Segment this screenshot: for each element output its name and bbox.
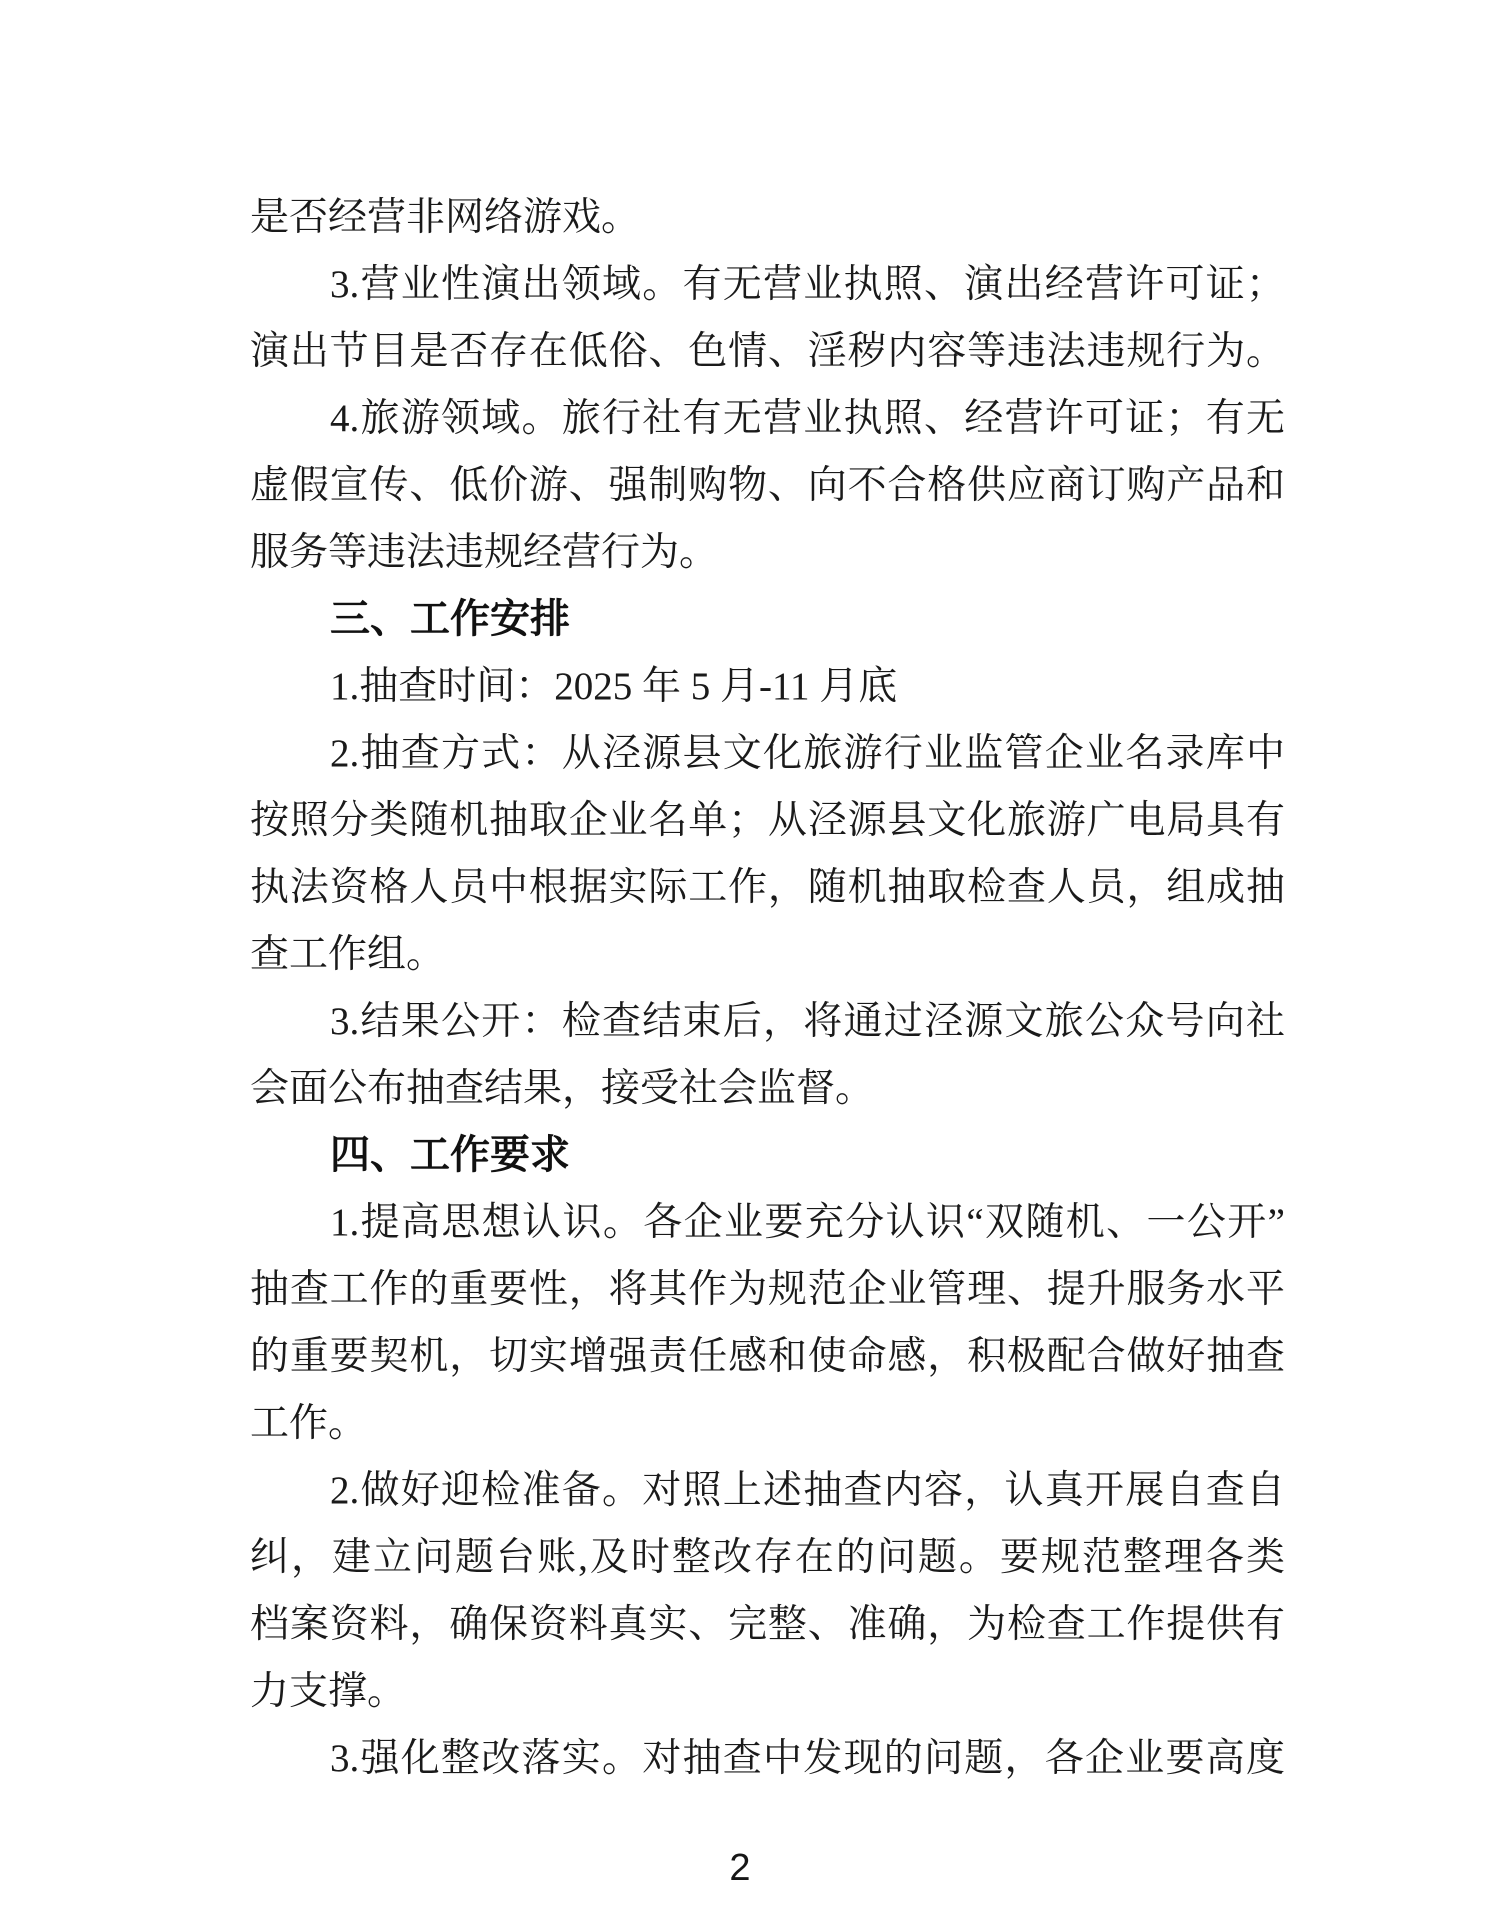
document-line: 演出节目是否存在低俗、色情、淫秽内容等违法违规行为。	[250, 318, 1285, 385]
document-line: 1.提高思想认识。各企业要充分认识“双随机、一公开”	[250, 1189, 1285, 1256]
document-line: 纠，建立问题台账,及时整改存在的问题。要规范整理各类	[250, 1524, 1285, 1591]
document-line: 3.结果公开：检查结束后，将通过泾源文旅公众号向社	[250, 988, 1285, 1055]
document-line: 抽查工作的重要性，将其作为规范企业管理、提升服务水平	[250, 1256, 1285, 1323]
document-line: 3.强化整改落实。对抽查中发现的问题，各企业要高度	[250, 1725, 1285, 1792]
section-heading: 三、工作安排	[250, 586, 1285, 653]
document-line: 虚假宣传、低价游、强制购物、向不合格供应商订购产品和	[250, 452, 1285, 519]
page-number: 2	[0, 1842, 1480, 1894]
document-line: 执法资格人员中根据实际工作，随机抽取检查人员，组成抽	[250, 854, 1285, 921]
document-line: 3.营业性演出领域。有无营业执照、演出经营许可证；	[250, 251, 1285, 318]
document-line: 2.做好迎检准备。对照上述抽查内容，认真开展自查自	[250, 1457, 1285, 1524]
document-line: 工作。	[250, 1390, 1285, 1457]
section-heading: 四、工作要求	[250, 1122, 1285, 1189]
document-line: 会面公布抽查结果，接受社会监督。	[250, 1055, 1285, 1122]
document-line: 查工作组。	[250, 921, 1285, 988]
document-line: 2.抽查方式：从泾源县文化旅游行业监管企业名录库中	[250, 720, 1285, 787]
document-line: 4.旅游领域。旅行社有无营业执照、经营许可证；有无	[250, 385, 1285, 452]
document-line: 力支撑。	[250, 1658, 1285, 1725]
text-block: 是否经营非网络游戏。3.营业性演出领域。有无营业执照、演出经营许可证；演出节目是…	[250, 184, 1285, 1792]
document-line: 的重要契机，切实增强责任感和使命感，积极配合做好抽查	[250, 1323, 1285, 1390]
document-line: 按照分类随机抽取企业名单；从泾源县文化旅游广电局具有	[250, 787, 1285, 854]
document-line: 服务等违法违规经营行为。	[250, 519, 1285, 586]
document-line: 是否经营非网络游戏。	[250, 184, 1285, 251]
document-line: 1.抽查时间：2025 年 5 月-11 月底	[250, 653, 1285, 720]
document-line: 档案资料，确保资料真实、完整、准确，为检查工作提供有	[250, 1591, 1285, 1658]
document-page: 是否经营非网络游戏。3.营业性演出领域。有无营业执照、演出经营许可证；演出节目是…	[0, 0, 1487, 1918]
